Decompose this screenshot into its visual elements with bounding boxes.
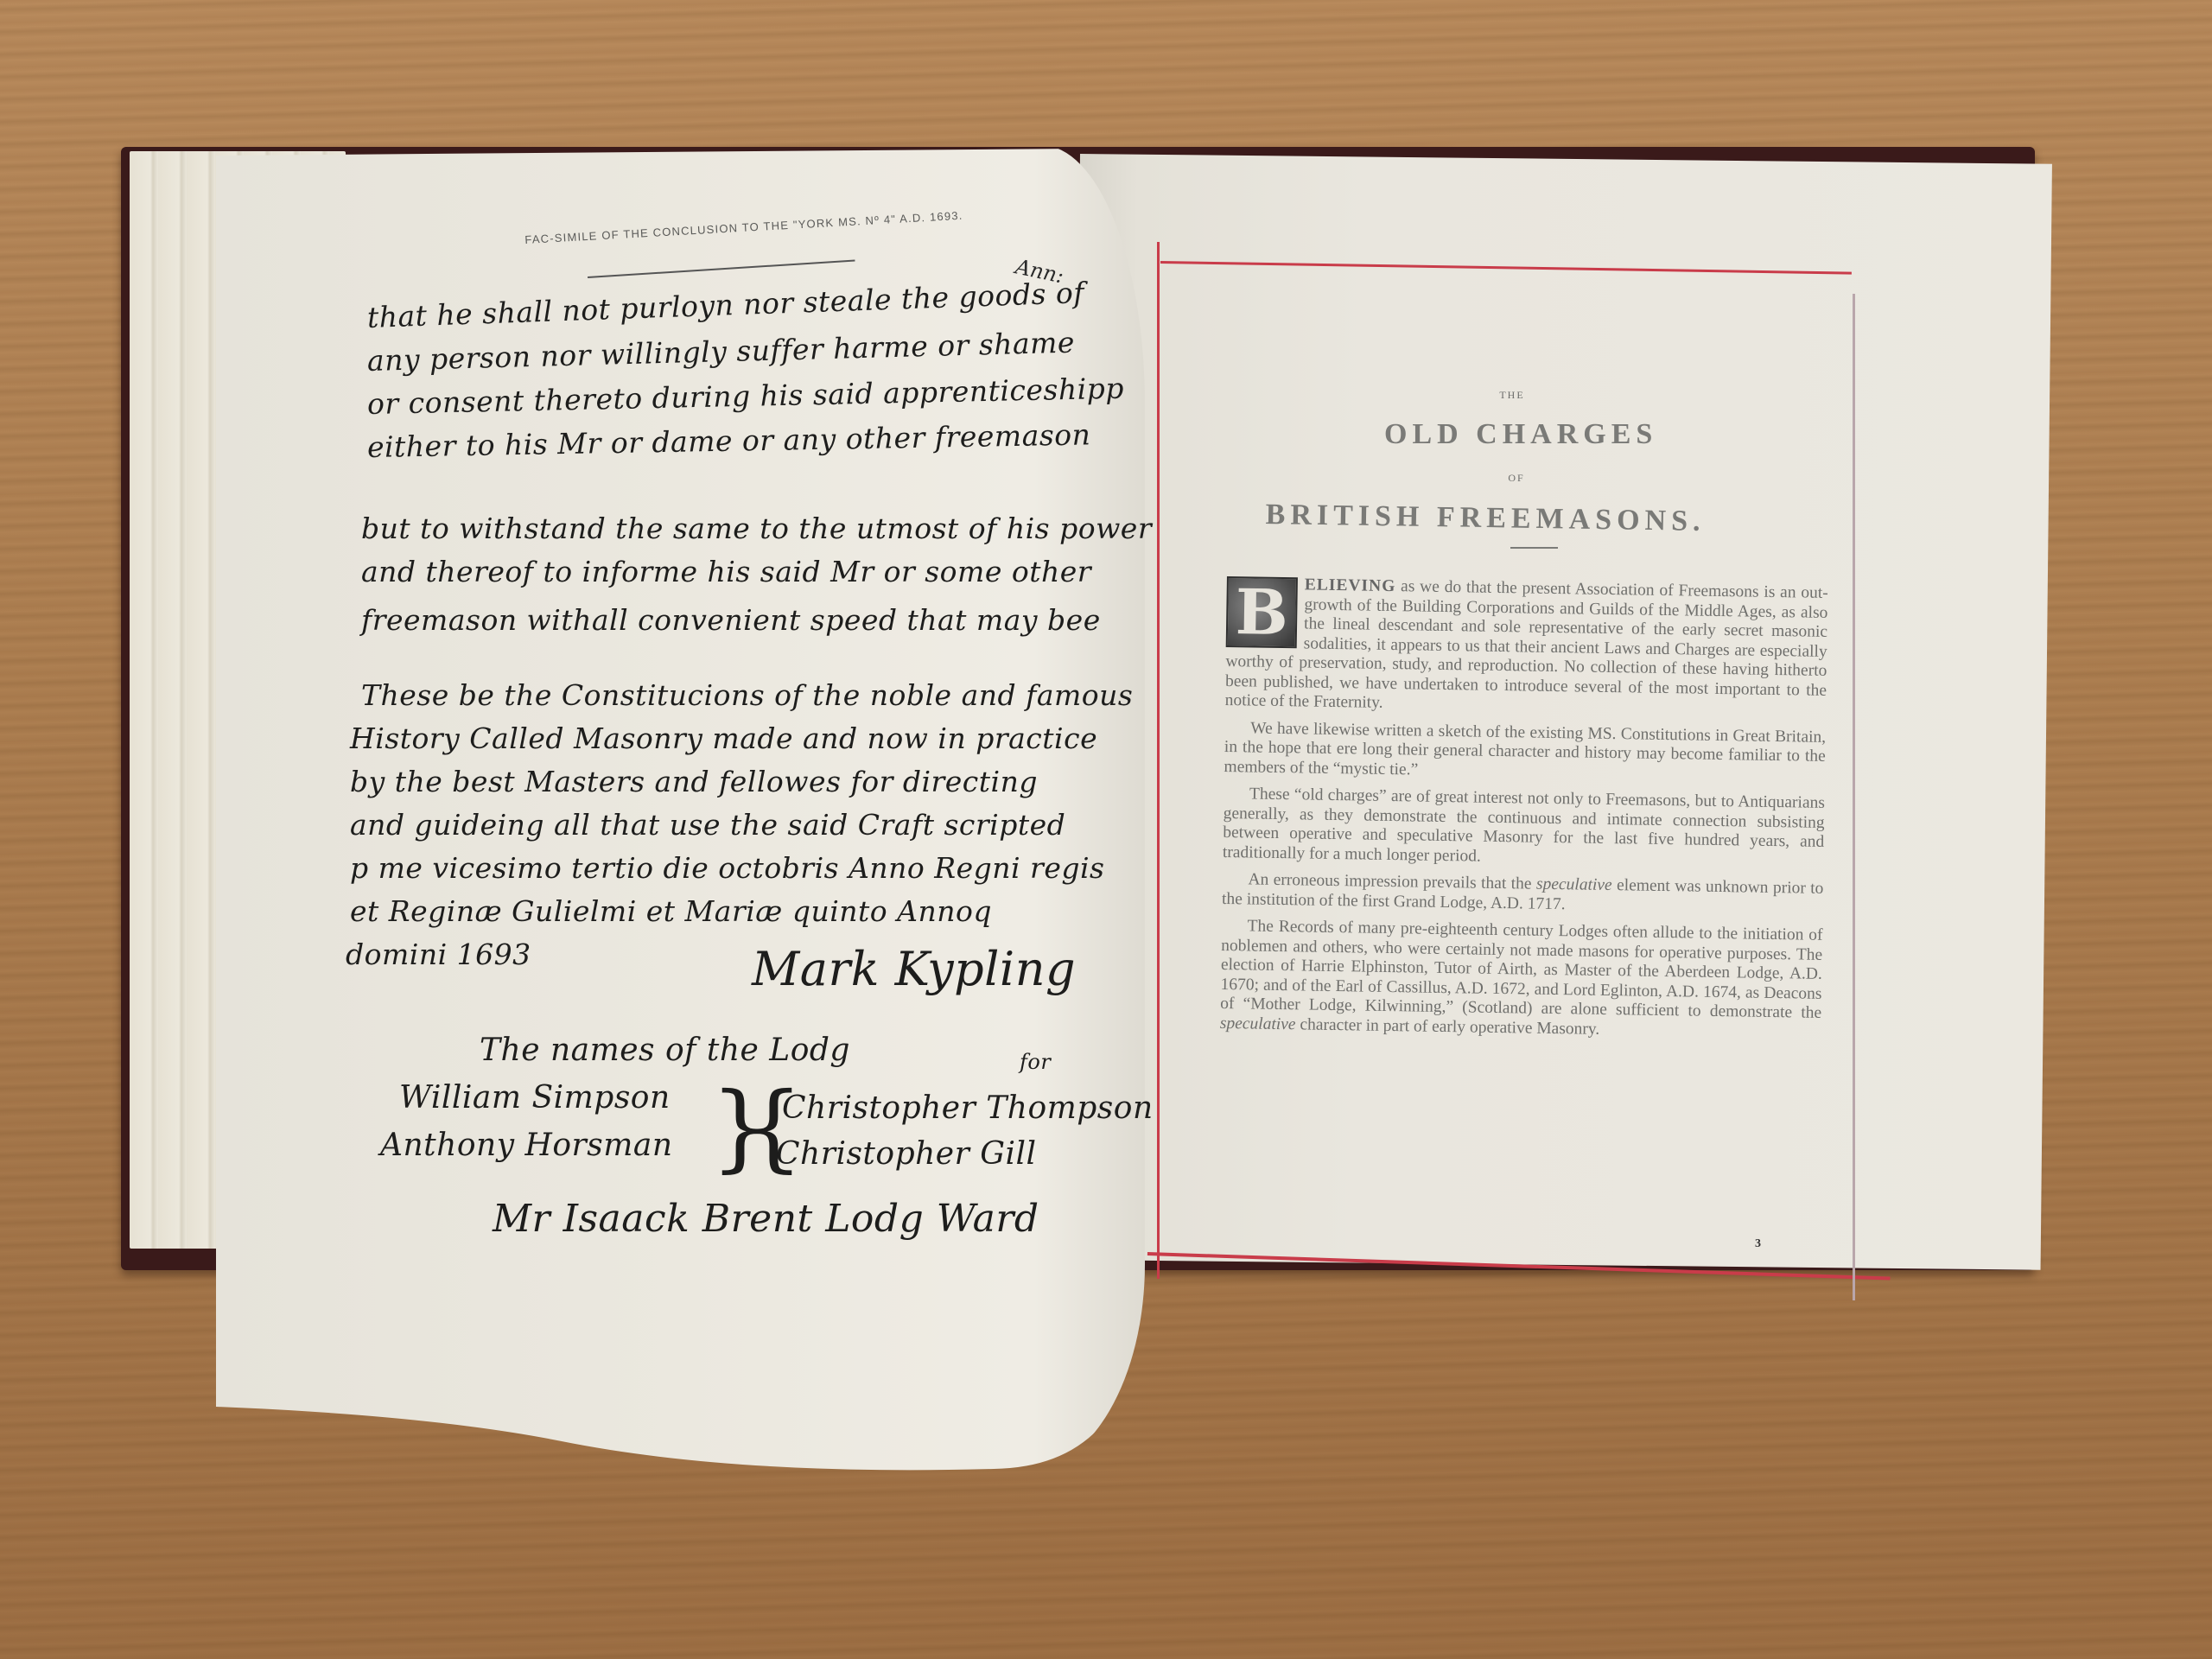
lodge-for-note: for [1020, 1050, 1051, 1074]
handwriting-line: History Called Masonry made and now in p… [350, 721, 1097, 755]
warden-line: Mr Isaack Brent Lodg Ward [493, 1197, 1039, 1241]
frame-left-rule [1157, 242, 1160, 1279]
title-divider [1510, 547, 1558, 549]
title-old-charges: OLD CHARGES [1384, 418, 1657, 451]
paragraph-3: These “old charges” are of great interes… [1223, 785, 1825, 872]
handwriting-line: domini 1693 [346, 938, 531, 971]
page-number: 3 [1755, 1237, 1761, 1251]
lodge-name: Christopher Gill [776, 1136, 1037, 1172]
lodge-name: William Simpson [399, 1080, 671, 1116]
handwriting-line: These be the Constitucions of the noble … [361, 678, 1133, 712]
handwriting-line: and thereof to informe his said Mr or so… [361, 555, 1091, 588]
frame-right-rule [1853, 294, 1855, 1300]
paragraph-2: We have likewise written a sketch of the… [1224, 718, 1826, 785]
title-british-freemasons: BRITISH FREEMASONS. [1265, 499, 1705, 538]
handwriting-line: et Reginæ Gulielmi et Mariæ quinto Annoq [350, 894, 992, 928]
handwriting-line: p me vicesimo tertio die octobris Anno R… [350, 851, 1104, 885]
photo-scene: THE OLD CHARGES OF BRITISH FREEMASONS. B… [0, 0, 2212, 1659]
illuminated-dropcap: B [1226, 576, 1298, 648]
body-text: BELIEVING as we do that the present Asso… [1220, 575, 1828, 1051]
paragraph-4: An erroneous impression prevails that th… [1222, 870, 1824, 918]
lodge-heading: The names of the Lodg [480, 1033, 850, 1068]
handwriting-line: by the best Masters and fellowes for dir… [350, 765, 1038, 798]
handwriting-line: and guideing all that use the said Craft… [350, 808, 1065, 842]
paragraph-5: The Records of many pre-eighteenth centu… [1220, 917, 1823, 1043]
paragraph-1: BELIEVING as we do that the present Asso… [1225, 575, 1828, 720]
handwriting-line: but to withstand the same to the utmost … [361, 512, 1152, 545]
title-the: THE [1495, 389, 1529, 402]
lodge-name: Anthony Horsman [380, 1128, 673, 1163]
handwriting-line: freemason withall convenient speed that … [361, 603, 1101, 637]
lodge-name: Christopher Thompson [782, 1090, 1154, 1126]
signature: Mark Kypling [752, 942, 1076, 996]
title-of: OF [1503, 472, 1529, 485]
